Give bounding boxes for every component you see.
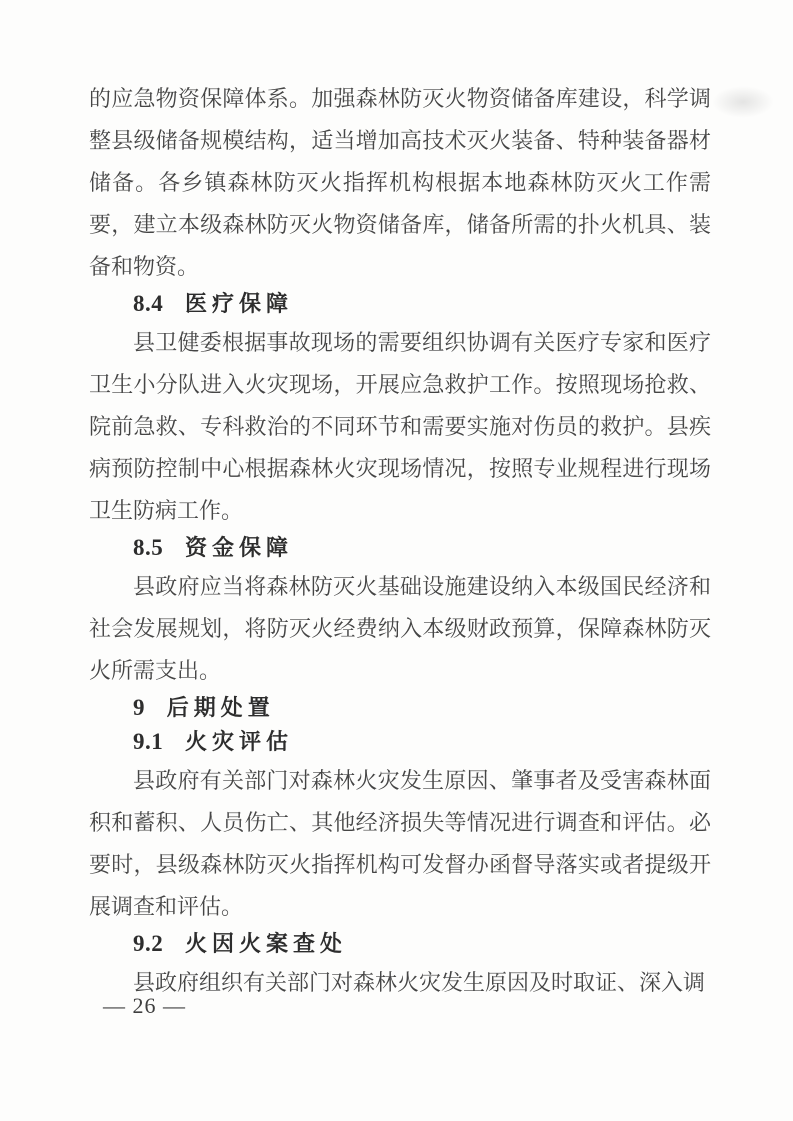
section-heading-8-5: 8.5 资金保障 — [89, 532, 711, 566]
section-title: 后期处置 — [167, 695, 275, 720]
section-heading-9-1: 9.1 火灾评估 — [89, 726, 711, 760]
section-heading-8-4: 8.4 医疗保障 — [89, 288, 711, 322]
section-title: 资金保障 — [185, 535, 293, 560]
section-number: 8.5 — [133, 535, 163, 560]
scan-smudge — [712, 86, 774, 118]
section-title: 火灾评估 — [185, 729, 293, 754]
section-number: 8.4 — [133, 291, 163, 316]
section-title: 火因火案查处 — [185, 931, 347, 956]
paragraph-medical-support: 县卫健委根据事故现场的需要组织协调有关医疗专家和医疗卫生小分队进入火灾现场，开展… — [89, 322, 711, 532]
page-number: — 26 — — [103, 993, 186, 1019]
section-number: 9.1 — [133, 729, 163, 754]
paragraph-funding-support: 县政府应当将森林防灭火基础设施建设纳入本级国民经济和社会发展规划，将防灭火经费纳… — [89, 566, 711, 692]
section-number: 9.2 — [133, 931, 163, 956]
section-heading-9-2: 9.2 火因火案查处 — [89, 928, 711, 962]
section-title: 医疗保障 — [185, 291, 293, 316]
section-number: 9 — [133, 695, 145, 720]
document-body: 的应急物资保障体系。加强森林防灭火物资储备库建设，科学调整县级储备规模结构，适当… — [89, 78, 711, 1004]
document-page: 的应急物资保障体系。加强森林防灭火物资储备库建设，科学调整县级储备规模结构，适当… — [0, 0, 793, 1121]
paragraph-material-reserves: 的应急物资保障体系。加强森林防灭火物资储备库建设，科学调整县级储备规模结构，适当… — [89, 78, 711, 288]
paragraph-fire-assessment: 县政府有关部门对森林火灾发生原因、肇事者及受害森林面积和蓄积、人员伤亡、其他经济… — [89, 760, 711, 928]
section-heading-9: 9 后期处置 — [89, 692, 711, 726]
